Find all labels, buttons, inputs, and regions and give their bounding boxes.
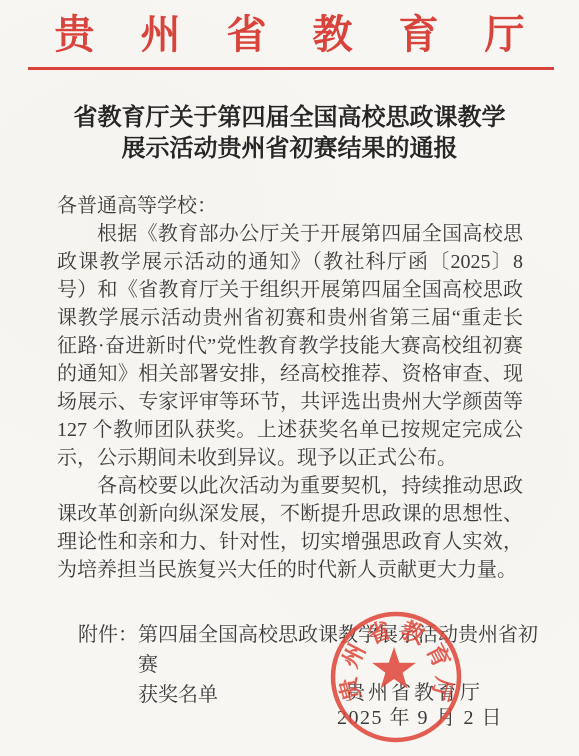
letterhead-divider-rule [28,67,554,70]
document-title: 省教育厅关于第四届全国高校思政课教学 展示活动贵州省初赛结果的通报 [0,103,579,165]
salutation: 各普通高等学校： [57,192,523,220]
official-seal: 贵 州 省 教 育 厅 [326,609,468,751]
seal-arc-char-6: 厅 [426,675,456,704]
document-body: 各普通高等学校： 根据《教育部办公厅关于开展第四届全国高校思政课教学展示活动的通… [57,192,523,584]
document-page: 贵州省教育厅 省教育厅关于第四届全国高校思政课教学 展示活动贵州省初赛结果的通报… [0,0,579,756]
document-title-line-1: 省教育厅关于第四届全国高校思政课教学 [0,103,579,134]
document-title-line-2: 展示活动贵州省初赛结果的通报 [0,134,579,165]
seal-star-icon [372,647,416,689]
attachment-label: 附件： [78,620,138,710]
letterhead-agency-name: 贵州省教育厅 [0,0,579,60]
body-paragraph-2: 各高校要以此次活动为重要契机，持续推动思政课改革创新向纵深发展，不断提升思政课的… [57,472,523,584]
body-paragraph-1: 根据《教育部办公厅关于开展第四届全国高校思政课教学展示活动的通知》（教社科厅函〔… [57,220,523,472]
